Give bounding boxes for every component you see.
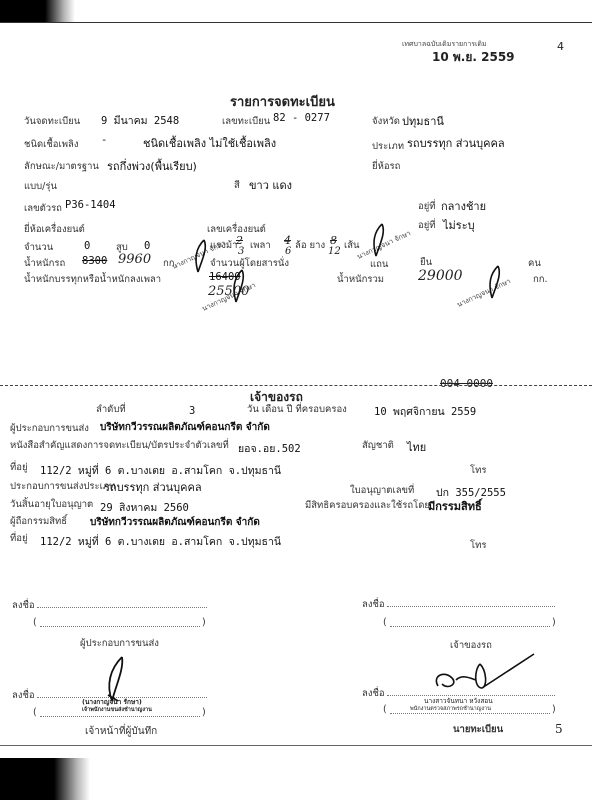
divider-bottom [0,745,592,746]
recorder-title: เจ้าพนักงานขนส่งชำนาญงาน [82,706,152,714]
fuel: - [101,134,107,146]
style: รถกึ่งพ่วง(พื้นเรียบ) [107,157,197,175]
style-label: ลักษณะ/มาตรฐาน [24,159,99,174]
holder-tel-label: โทร [470,538,486,553]
count-label: จำนวน [24,240,53,255]
scan-shadow-bottom [0,758,90,800]
address-label: ที่อยู่ [10,460,28,475]
holder-label: ผู้ถือกรรมสิทธิ์ [10,514,67,529]
nationality-label: สัญชาติ [362,438,394,453]
operator-name-paren: ( [33,617,37,628]
holder-address-label: ที่อยู่ [10,531,28,546]
serial-code: 004 0000 [440,377,493,390]
reg-no-label: เลขทะเบียน [222,114,270,129]
owner-name-paren: ( [383,617,387,628]
possession-date-label: วัน เดือน ปี ที่ครอบครอง [247,402,347,417]
engine-brand-label: ยี่ห้อเครื่องยนต์ [24,222,85,237]
owner-sign-line [387,606,555,607]
right: มีกรรมสิทธิ์ [428,497,482,515]
initial-signature-icon [368,222,388,262]
model-label: แบบ/รุ่น [24,179,57,194]
gross-unit: กก. [533,272,548,287]
operator-name-paren-close: ) [202,617,206,628]
reg-date: 9 มีนาคม 2548 [101,112,179,129]
registrar-name-paren-close: ) [552,704,556,715]
operator-sign-label: ลงชื่อ [12,598,35,613]
biz-type: รถบรรทุก ส่วนบุคคล [104,478,202,496]
chassis-loc: กลางช้าย [441,197,486,215]
nationality: ไทย [407,438,426,456]
color: ขาว แดง [249,176,292,194]
reg-date-label: วันจดทะเบียน [24,114,80,129]
initial-signature-icon [228,268,248,308]
biz-type-label: ประกอบการขนส่งประเภท [10,479,115,494]
registrar-sign-label: ลงชื่อ [362,686,385,701]
count: 0 [84,240,90,252]
owner-name-line [390,626,550,627]
divider-top [0,22,592,23]
tel-label: โทร [470,463,486,478]
stamp-date: 10 พ.ย. 2559 [432,48,515,67]
initial-signature-icon [484,264,504,304]
weight-new: 9960 [118,252,151,267]
possession-date: 10 พฤศจิกายน 2559 [374,403,476,420]
load-label: น้ำหนักบรรทุกหรือน้ำหนักลงเพลา [24,272,161,287]
expiry: 29 สิงหาคม 2560 [100,499,189,516]
recorder-name-line [40,716,200,717]
registrar-signature-icon [430,650,540,700]
expiry-label: วันสิ้นอายุใบอนุญาต [10,497,93,512]
province: ปทุมธานี [402,112,444,130]
right-label: มีสิทธิครอบครองและใช้รถโดย [305,498,430,513]
address: 112/2 หมู่ที่ 6 ต.บางเตย อ.สามโคก จ.ปทุม… [40,462,281,479]
order: 3 [189,405,195,417]
doc-label: หนังสือสำคัญแสดงการจดทะเบียน/บัตรประจำตั… [10,438,229,453]
order-label: ลำดับที่ [96,402,126,417]
registrar-title: พนักงานตรวจสภาพรถชำนาญงาน [410,705,491,713]
type-label: ประเภท [372,139,404,154]
weight-label: น้ำหนักรถ [24,256,65,271]
owner-name-paren-close: ) [552,617,556,628]
fuel-label: ชนิดเชื้อเพลิง [24,137,78,152]
gross: 29000 [418,268,463,284]
color-label: สี [234,178,240,193]
operator: บริษัทกวีวรรณผลิตภัณฑ์คอนกรีต จำกัด [100,420,270,435]
registrar-role: นายทะเบียน [453,722,503,737]
operator-sign-line [37,607,207,608]
chassis-label: เลขตัวรถ [24,201,62,216]
registrar-name-paren: ( [383,704,387,715]
operator-label: ผู้ประกอบการขนส่ง [10,421,89,436]
brand-label: ยี่ห้อรถ [372,159,400,174]
registrar-name-line [390,713,550,714]
axle-label: เพลา [250,238,271,253]
page-number-top: 4 [557,40,564,53]
owner-sign-label: ลงชื่อ [362,597,385,612]
recorder-sign-label: ลงชื่อ [12,688,35,703]
document-title: รายการจดทะเบียน [230,91,335,112]
seats-label: จำนวนผู้โดยสารนั่ง [210,256,289,271]
cyl: 0 [144,240,150,252]
recorder-name-paren: ( [33,707,37,718]
tyre-new: 12 [328,246,341,257]
weight-old: 8300 [82,255,107,267]
reg-no: 82 - 0277 [273,112,330,124]
province-label: จังหวัด [372,114,400,129]
operator-role: ผู้ประกอบการขนส่ง [80,636,159,651]
operator-name-line [40,626,200,627]
chassis: P36-1404 [65,199,116,211]
initial-signature-icon [190,238,210,278]
type: รถบรรทุก ส่วนบุคคล [407,134,505,152]
scan-shadow-top [0,0,75,22]
owner-divider [0,385,592,387]
engine-loc: ไม่ระบุ [443,216,475,234]
gross-label: น้ำหนักรวม [337,272,384,287]
license-label: ใบอนุญาตเลขที่ [350,483,414,498]
recorder-name-paren-close: ) [202,707,206,718]
chassis-loc-label: อยู่ที่ [418,199,436,214]
holder: บริษัทกวีวรรณผลิตภัณฑ์คอนกรีต จำกัด [90,515,260,530]
page-number-bottom: 5 [555,722,563,736]
recorder-role: เจ้าหน้าที่ผู้บันทึก [85,724,157,739]
engine-loc-label: อยู่ที่ [418,218,436,233]
holder-address: 112/2 หมู่ที่ 6 ต.บางเตย อ.สามโคก จ.ปทุม… [40,533,281,550]
doc-no: ยอจ.อย.502 [238,440,301,457]
fuel-type: ชนิดเชื้อเพลิง ไม่ใช้เชื้อเพลิง [143,134,276,152]
person-unit: คน [528,256,541,271]
wheel-label: ล้อ ยาง [295,238,325,253]
